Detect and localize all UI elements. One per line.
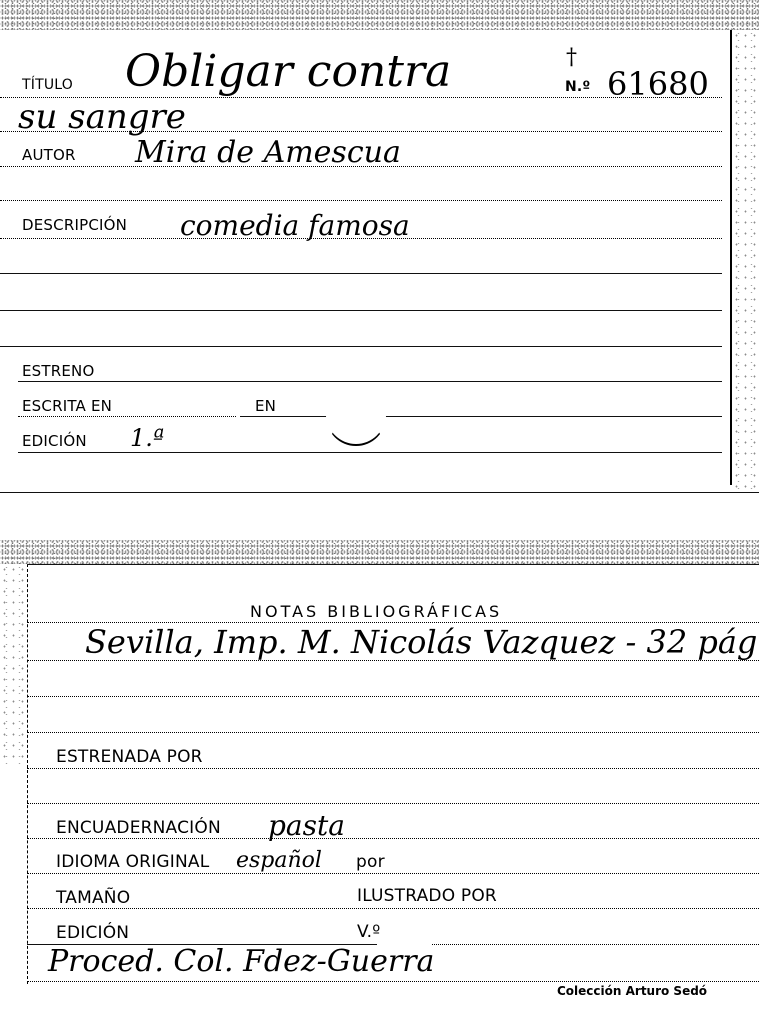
rule <box>18 381 722 382</box>
catalog-card-front: TÍTULO Obligar contra † N.º 61680 su san… <box>0 0 759 500</box>
rule <box>18 452 722 453</box>
edicion-value: 1.ª <box>130 426 164 450</box>
descripcion-value: comedia famosa <box>180 212 410 240</box>
card-top-edge <box>27 564 759 565</box>
edicion-back-label: EDICIÓN <box>56 925 129 942</box>
autor-value: Mira de Amescua <box>135 138 401 168</box>
rule <box>27 696 759 697</box>
estrenada-por-label: ESTRENADA POR <box>56 749 203 766</box>
punch-hole <box>326 398 386 446</box>
estreno-label: ESTRENO <box>22 364 95 379</box>
titulo-value-line2: su sangre <box>18 100 186 134</box>
autor-label: AUTOR <box>22 148 76 163</box>
tamano-label: TAMAÑO <box>56 890 130 907</box>
rule <box>27 838 759 839</box>
v-label: V.º <box>357 924 380 941</box>
titulo-label: TÍTULO <box>22 78 73 92</box>
rule <box>27 981 759 982</box>
rule <box>0 238 722 239</box>
rule <box>27 732 759 733</box>
rule <box>240 416 722 417</box>
catalog-card-back: NOTAS BIBLIOGRÁFICAS Sevilla, Imp. M. Ni… <box>0 540 759 1028</box>
provenance-note: Proced. Col. Fdez-Guerra <box>48 947 434 977</box>
cross-mark: † <box>566 47 577 69</box>
numero-label: N.º <box>565 80 591 94</box>
en-label: EN <box>255 399 276 414</box>
encuadernacion-label: ENCUADERNACIÓN <box>56 820 221 837</box>
rule <box>0 131 722 132</box>
card-bottom-edge <box>0 492 759 493</box>
collection-stamp: Colección Arturo Sedó <box>557 984 707 998</box>
idioma-original-value: español <box>236 850 322 872</box>
por-label: por <box>356 854 385 871</box>
edicion-label: EDICIÓN <box>22 434 87 449</box>
card-right-edge <box>730 30 732 485</box>
notas-value: Sevilla, Imp. M. Nicolás Vazquez - 32 pá… <box>85 626 759 658</box>
notas-heading: NOTAS BIBLIOGRÁFICAS <box>250 604 502 620</box>
rule <box>0 200 722 201</box>
idioma-original-label: IDIOMA ORIGINAL <box>56 854 209 871</box>
rule <box>0 166 722 167</box>
numero-value: 61680 <box>607 68 709 100</box>
ilustrado-por-label: ILUSTRADO POR <box>357 888 497 905</box>
rule <box>27 803 759 804</box>
card-left-edge <box>27 564 28 984</box>
encuadernacion-value: pasta <box>268 812 345 840</box>
rule <box>18 416 236 417</box>
rule <box>27 768 759 769</box>
titulo-value: Obligar contra <box>125 50 451 94</box>
rule <box>0 346 722 347</box>
rule <box>432 944 759 945</box>
rule <box>27 908 759 909</box>
rule <box>27 873 759 874</box>
escrita-en-label: ESCRITA EN <box>22 399 112 414</box>
rule <box>27 660 759 661</box>
rule <box>0 310 722 311</box>
descripcion-label: DESCRIPCIÓN <box>22 218 127 233</box>
rule <box>0 273 722 274</box>
